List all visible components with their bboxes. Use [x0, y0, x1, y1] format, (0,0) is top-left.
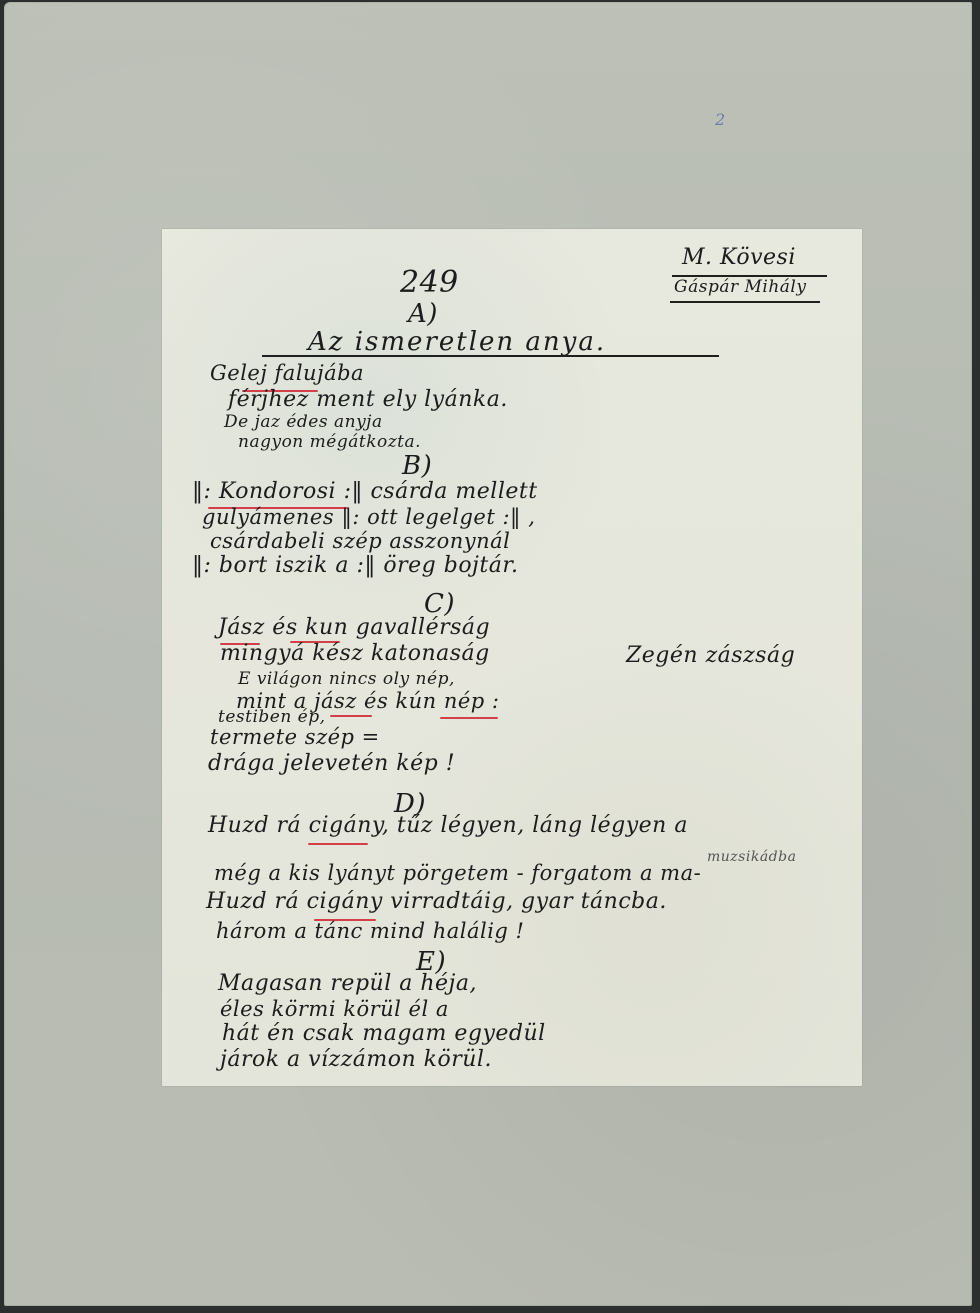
pencil-mark: 2 [715, 110, 725, 129]
page-number: 249 [400, 265, 459, 300]
title-underline [262, 355, 719, 357]
line-d-pencil: muzsikádba [707, 849, 796, 865]
mounting-board: 2 M. Kövesi Gáspár Mihály 249 A) Az isme… [4, 2, 972, 1306]
line-c-6: testiben ép, [218, 707, 326, 727]
line-a-1: Gelej falujába [210, 361, 364, 385]
line-c-2: mingyá kész katonaság [220, 641, 490, 666]
line-d-3: Huzd rá cigány virradtáig, gyar táncba. [206, 889, 667, 914]
section-label-b: B) [402, 451, 432, 481]
section-label-a: A) [408, 299, 438, 329]
line-c-1: Jász és kun gavallérság [218, 615, 490, 640]
line-b-4: ‖: bort iszik a :‖ öreg bojtár. [192, 553, 518, 578]
line-d-4: három a tánc mind halálig ! [216, 919, 524, 943]
poem-title: Az ismeretlen anya. [308, 327, 606, 357]
line-e-2: éles körmi körül él a [220, 997, 449, 1021]
line-e-4: járok a vízzámon körül. [220, 1047, 492, 1072]
attribution-rule-2 [670, 301, 820, 303]
line-c-4: E világon nincs oly nép, [238, 669, 455, 689]
line-b-1: ‖: Kondorosi :‖ csárda mellett [192, 479, 538, 504]
line-c-3: Zegén zászság [626, 643, 795, 668]
line-b-3: csárdabeli szép asszonynál [210, 529, 510, 553]
line-c-7: termete szép = [210, 725, 380, 749]
line-d-2: még a kis lyányt pörgetem - forgatom a m… [214, 861, 701, 885]
line-a-2: férjhez ment ely lyánka. [228, 387, 508, 412]
attribution-line-2: Gáspár Mihály [674, 277, 806, 297]
attribution-line-1: M. Kövesi [682, 245, 796, 270]
line-d-1: Huzd rá cigány, tűz légyen, láng légyen … [208, 813, 688, 838]
red-underline-kun-2 [440, 717, 498, 719]
red-underline-jasz-2 [330, 715, 372, 717]
line-c-8: drága jelevetén kép ! [208, 751, 455, 776]
line-e-1: Magasan repül a héja, [218, 971, 477, 996]
red-underline-cigany [308, 843, 368, 845]
line-b-2: gulyámenes ‖: ott legelget :‖ , [202, 505, 535, 529]
line-e-3: hát én csak magam egyedül [222, 1021, 546, 1046]
manuscript-page: M. Kövesi Gáspár Mihály 249 A) Az ismere… [162, 229, 862, 1086]
line-a-4: nagyon mégátkozta. [238, 432, 421, 452]
line-a-3: De jaz édes anyja [224, 412, 383, 432]
